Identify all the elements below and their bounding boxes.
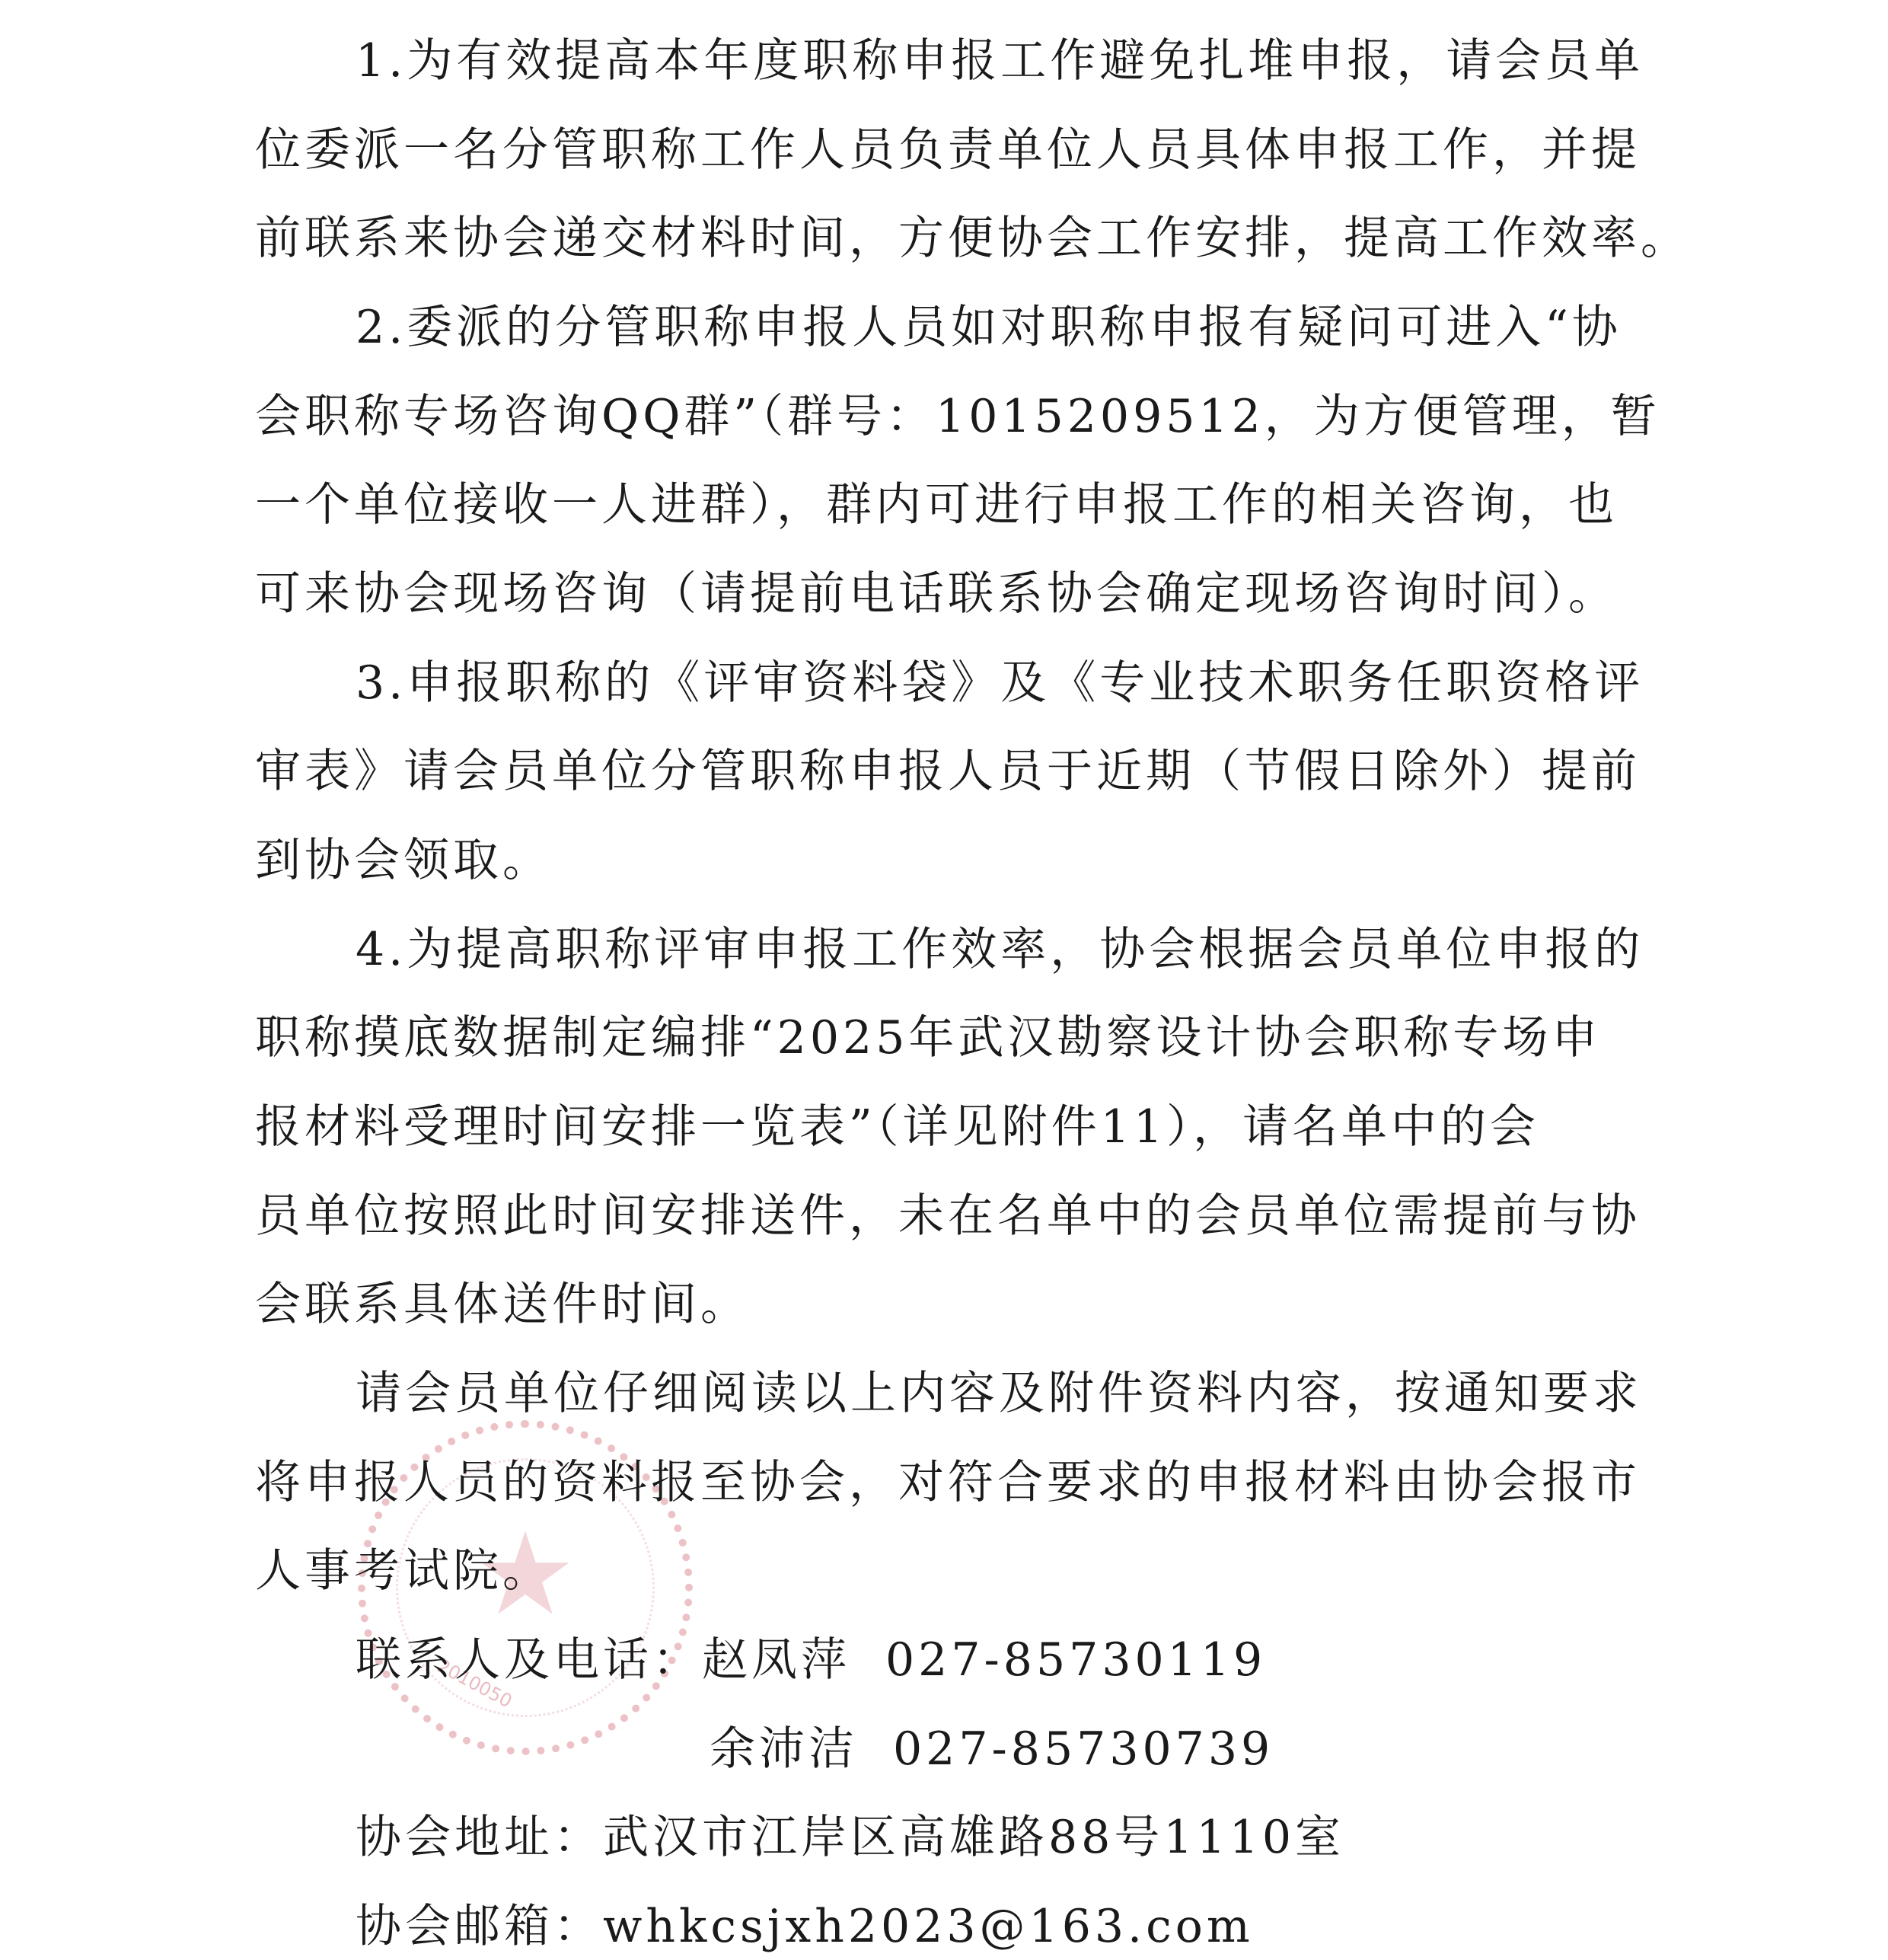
item-2-line-3: 一个单位接收一人进群），群内可进行申报工作的相关咨询，也 — [255, 467, 1618, 543]
closing-line-1: 请会员单位仔细阅读以上内容及附件资料内容，按通知要求 — [356, 1355, 1642, 1432]
item-2-line-2: 会职称专场咨询QQ群”（群号：1015209512，为方便管理，暂 — [255, 378, 1660, 455]
contact-name-2: 余沛洁 — [710, 1722, 858, 1776]
item-3-line-2: 审表》请会员单位分管职称申报人员于近期（节假日除外）提前 — [255, 733, 1641, 809]
item-4-line-3: 报材料受理时间安排一览表”（详见附件11），请名单中的会 — [255, 1089, 1539, 1165]
address-value: 武汉市江岸区高雄路88号1110室 — [603, 1811, 1344, 1864]
contact-phone-1: 027-85730119 — [885, 1633, 1266, 1687]
item-4-line-1: 4.为提高职称评审申报工作效率，协会根据会员单位申报的 — [356, 911, 1644, 988]
item-3-line-3: 到协会领取。 — [255, 822, 552, 899]
item-4-line-5: 会联系具体送件时间。 — [255, 1266, 750, 1342]
contact-line-2: 余沛洁027-85730739 — [710, 1711, 1274, 1787]
contact-line-1: 联系人及电话：赵凤萍027-85730119 — [356, 1622, 1266, 1698]
item-1-line-3: 前联系来协会递交材料时间，方便协会工作安排，提高工作效率。 — [255, 200, 1690, 276]
address-line: 协会地址：武汉市江岸区高雄路88号1110室 — [356, 1799, 1344, 1875]
contact-name-1: 赵凤萍 — [702, 1633, 850, 1687]
email-label: 协会邮箱： — [356, 1900, 603, 1953]
email-value: whkcsjxh2023@163.com — [603, 1900, 1254, 1953]
item-1-line-2: 位委派一名分管职称工作人员负责单位人员具体申报工作，并提 — [255, 112, 1641, 188]
contact-label: 联系人及电话： — [356, 1633, 702, 1687]
item-2-line-1: 2.委派的分管职称申报人员如对职称申报有疑问可进入“协 — [356, 289, 1622, 366]
closing-line-3: 人事考试院。 — [255, 1533, 552, 1609]
address-label: 协会地址： — [356, 1811, 603, 1864]
item-4-line-4: 员单位按照此时间安排送件，未在名单中的会员单位需提前与协 — [255, 1178, 1641, 1254]
item-1-line-1: 1.为有效提高本年度职称申报工作避免扎堆申报，请会员单 — [356, 23, 1644, 99]
item-2-line-4: 可来协会现场咨询（请提前电话联系协会确定现场咨询时间）。 — [255, 556, 1618, 632]
email-line: 协会邮箱：whkcsjxh2023@163.com — [356, 1888, 1254, 1960]
item-3-line-1: 3.申报职称的《评审资料袋》及《专业技术职务任职资格评 — [356, 645, 1644, 721]
closing-line-2: 将申报人员的资料报至协会，对符合要求的申报材料由协会报市 — [255, 1444, 1641, 1521]
item-4-line-2: 职称摸底数据制定编排“2025年武汉勘察设计协会职称专场申 — [255, 1000, 1601, 1076]
contact-phone-2: 027-85730739 — [893, 1722, 1274, 1776]
